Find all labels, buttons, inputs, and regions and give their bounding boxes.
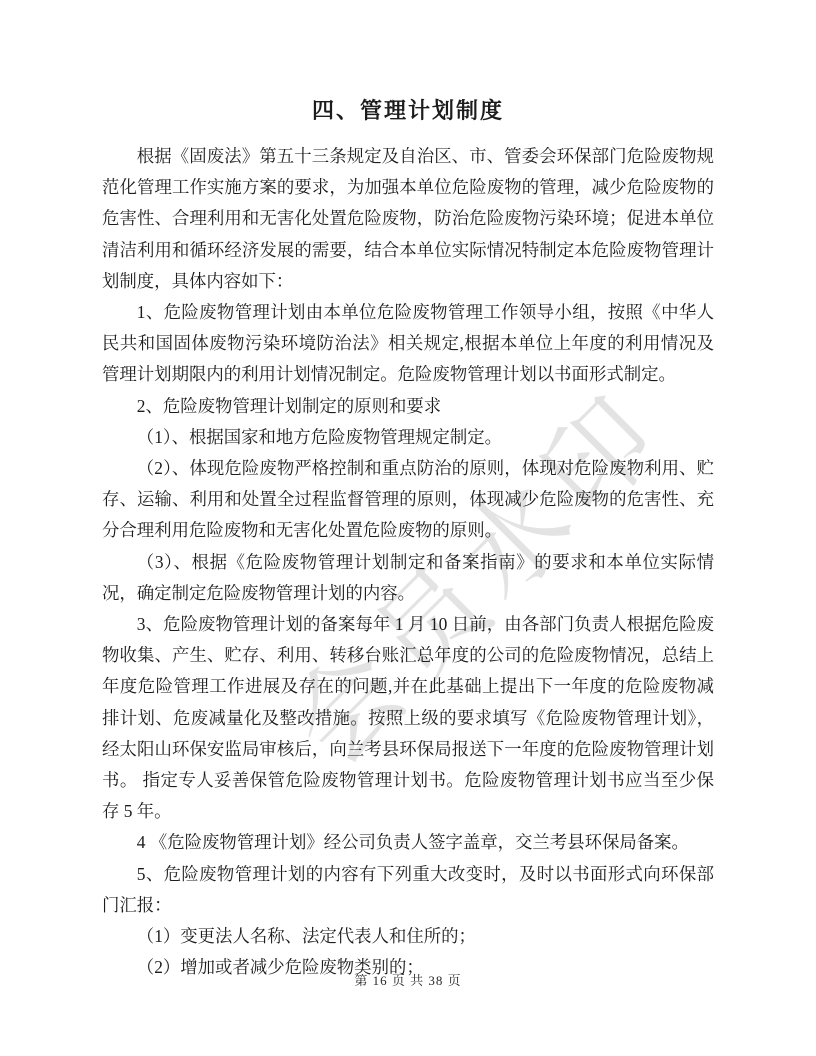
paragraph: （1）、根据国家和地方危险废物管理规定制定。 <box>102 422 714 453</box>
paragraph: 5、危险废物管理计划的内容有下列重大改变时，及时以书面形式向环保部门汇报： <box>102 859 714 921</box>
paragraph: 根据《固废法》第五十三条规定及自治区、市、管委会环保部门危险废物规范化管理工作实… <box>102 141 714 297</box>
paragraph: 1、危险废物管理计划由本单位危险废物管理工作领导小组，按照《中华人民共和国固体废… <box>102 297 714 391</box>
document-content: 四、管理计划制度 根据《固废法》第五十三条规定及自治区、市、管委会环保部门危险废… <box>102 96 714 983</box>
paragraph: （3）、根据《危险废物管理计划制定和备案指南》的要求和本单位实际情况，确定制定危… <box>102 547 714 609</box>
paragraph-list: 根据《固废法》第五十三条规定及自治区、市、管委会环保部门危险废物规范化管理工作实… <box>102 141 714 983</box>
paragraph: （1）变更法人名称、法定代表人和住所的； <box>102 921 714 952</box>
page-footer: 第 16 页 共 38 页 <box>0 970 816 989</box>
paragraph: 4 《危险废物管理计划》经公司负责人签字盖章，交兰考县环保局备案。 <box>102 827 714 858</box>
paragraph: （2）、体现危险废物严格控制和重点防治的原则，体现对危险废物利用、贮存、运输、利… <box>102 453 714 547</box>
page-title: 四、管理计划制度 <box>102 96 714 126</box>
paragraph: 2、危险废物管理计划制定的原则和要求 <box>102 391 714 422</box>
paragraph: 3、危险废物管理计划的备案每年 1 月 10 日前，由各部门负责人根据危险废物收… <box>102 609 714 827</box>
document-page: 会员水印 四、管理计划制度 根据《固废法》第五十三条规定及自治区、市、管委会环保… <box>0 0 816 1056</box>
